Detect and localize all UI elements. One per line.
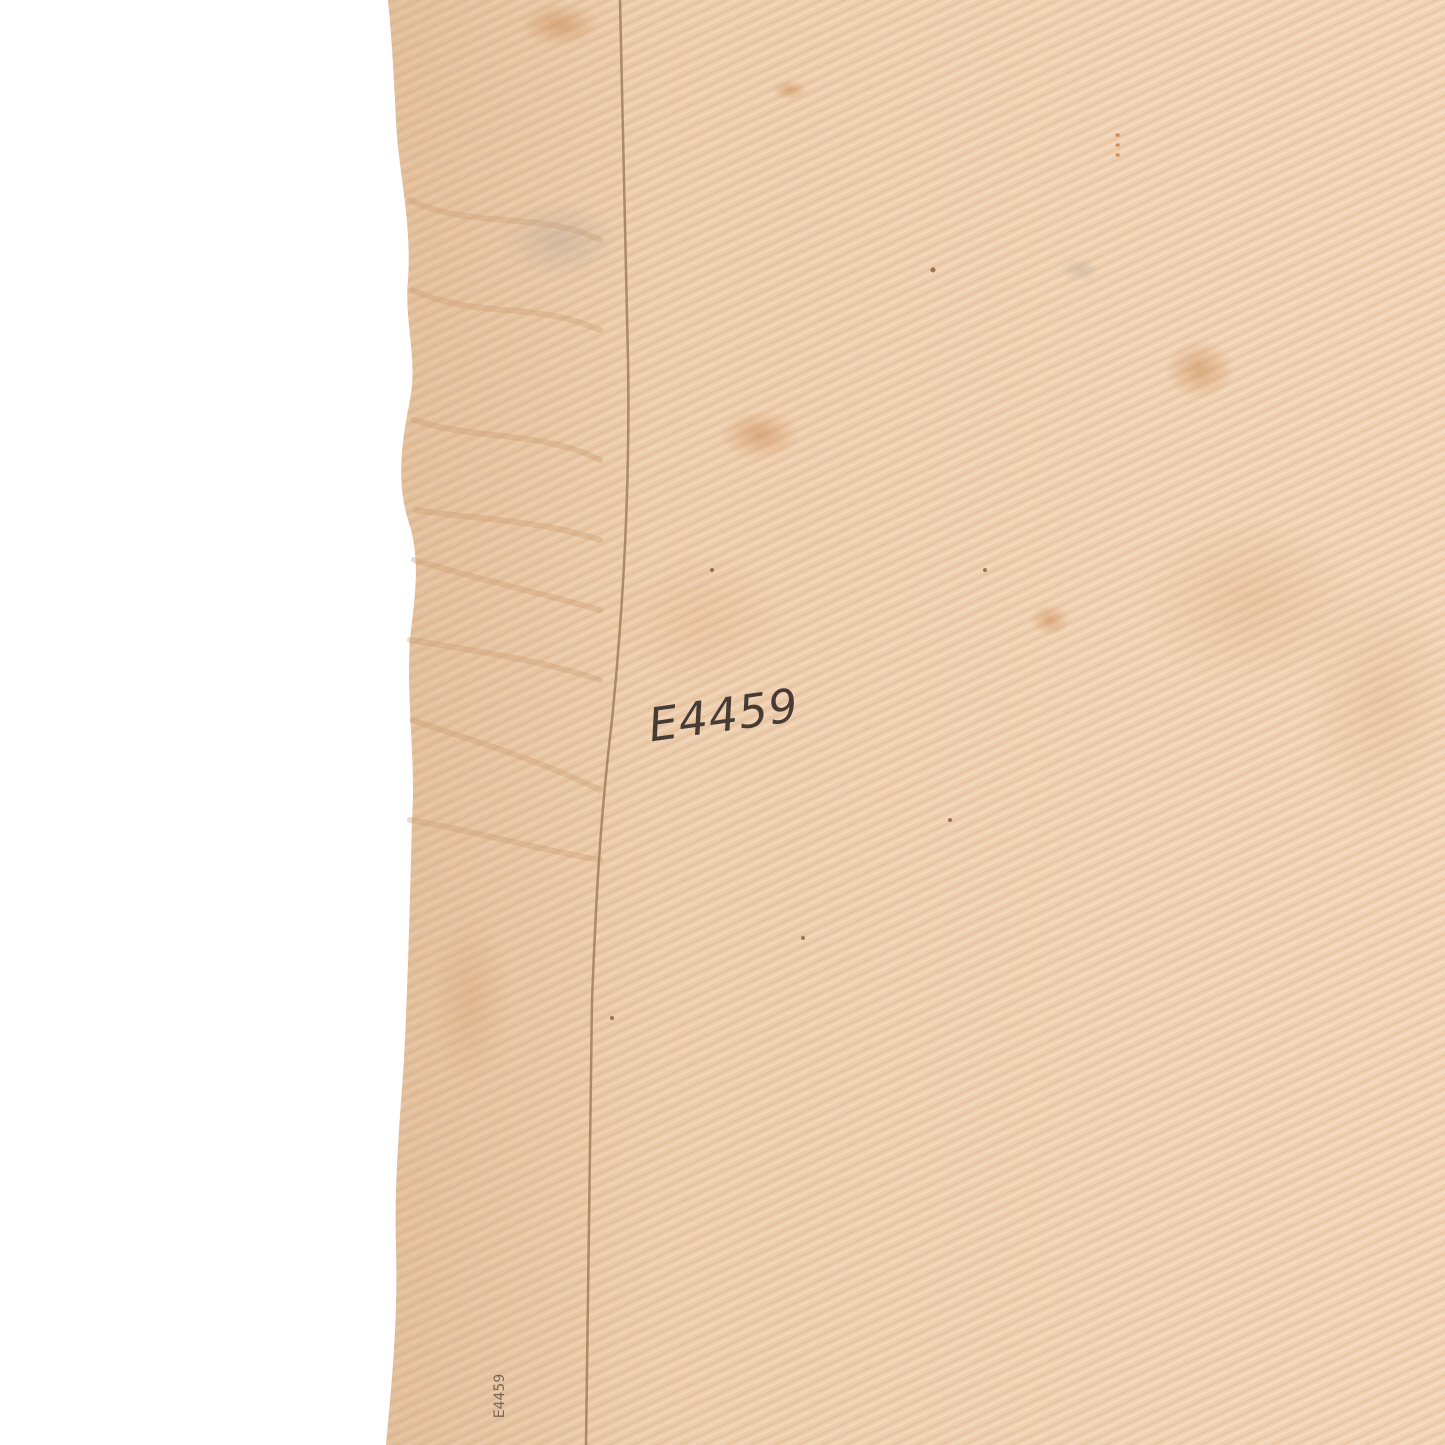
- photo-canvas: ⋯ E4459 E4459: [0, 0, 1445, 1445]
- rust-stencil-marking: ⋯: [1100, 0, 1130, 160]
- catalog-number-small: E4459: [492, 1374, 508, 1418]
